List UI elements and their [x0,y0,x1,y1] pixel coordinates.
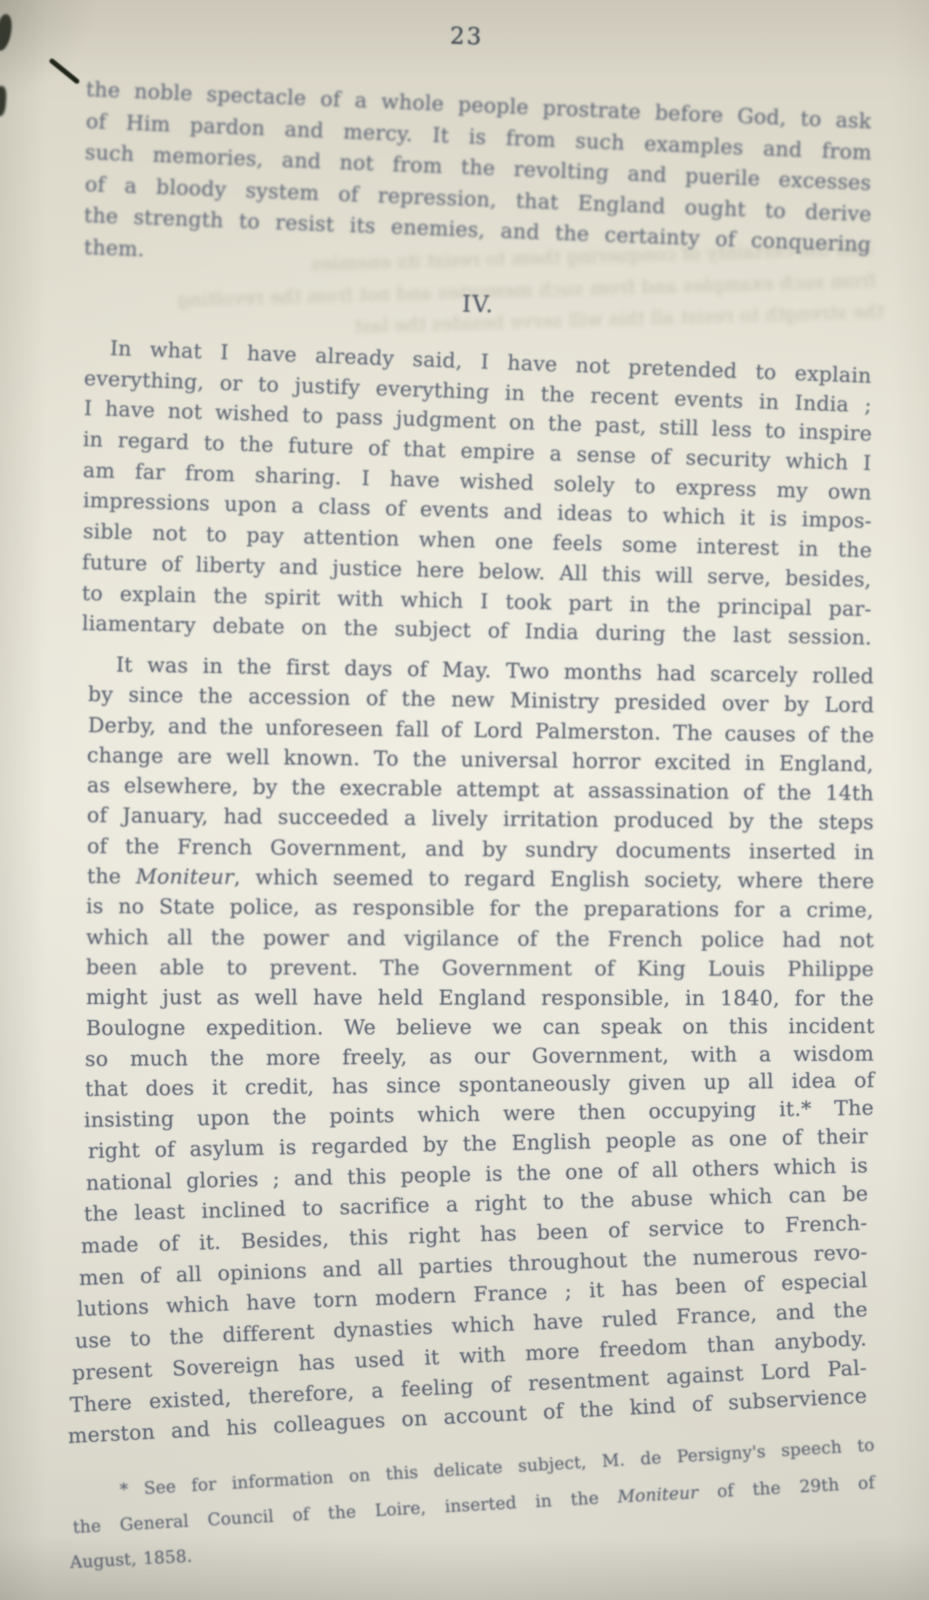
section-heading: IV. [462,292,495,319]
book-page-photo: and the certainty of conquering them to … [0,0,929,1600]
page-edge-mark [0,13,15,52]
text-line: which all the power and vigilance of the… [86,922,874,955]
paragraph-opening: the noble spectacle of a whole people pr… [84,74,872,264]
paragraph-in-what: In what I have already said, I have not … [82,332,872,639]
text-line: been able to prevent. The Government of … [86,952,874,984]
text-line: might just as well have held England res… [86,982,874,1014]
paragraph-it-was-c: right of asylum is regarded by the Engli… [68,1136,868,1453]
page-number: 23 [450,24,484,51]
scratch-mark [48,58,80,85]
text-line: is no State police, as responsible for t… [86,891,874,925]
footnote: * See for information on this delicate s… [70,1476,876,1582]
paragraph-it-was-b: might just as well have held England res… [84,982,874,1136]
page-edge-mark [0,86,7,117]
paragraph-it-was-a: It was in the first days of May. Two mon… [86,649,874,982]
